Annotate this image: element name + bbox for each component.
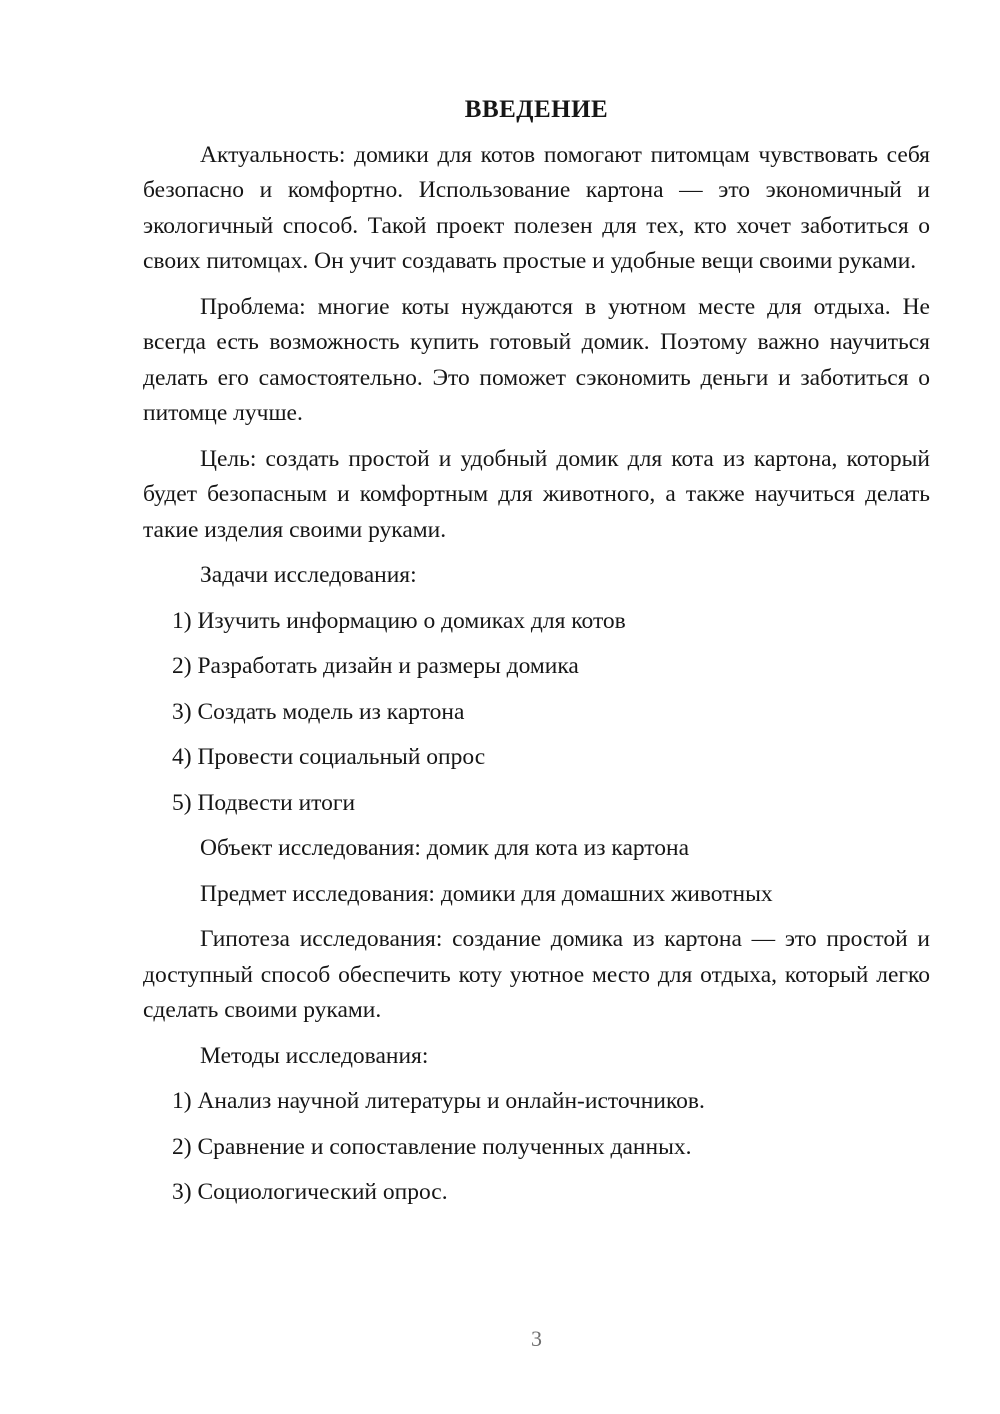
method-item-3: 3) Социологический опрос. (143, 1175, 930, 1211)
task-item-3: 3) Создать модель из картона (143, 695, 930, 731)
tasks-heading: Задачи исследования: (143, 558, 930, 594)
task-item-1: 1) Изучить информацию о домиках для кото… (143, 604, 930, 640)
page-title: ВВЕДЕНИЕ (143, 92, 930, 128)
paragraph-goal: Цель: создать простой и удобный домик дл… (143, 442, 930, 549)
method-item-2: 2) Сравнение и сопоставление полученных … (143, 1130, 930, 1166)
paragraph-problem: Проблема: многие коты нуждаются в уютном… (143, 290, 930, 432)
document-page: ВВЕДЕНИЕ Актуальность: домики для котов … (0, 0, 1000, 1414)
paragraph-object: Объект исследования: домик для кота из к… (143, 831, 930, 867)
task-item-5: 5) Подвести итоги (143, 786, 930, 822)
paragraph-subject: Предмет исследования: домики для домашни… (143, 877, 930, 913)
method-item-1: 1) Анализ научной литературы и онлайн-ис… (143, 1084, 930, 1120)
task-item-4: 4) Провести социальный опрос (143, 740, 930, 776)
page-number: 3 (143, 1324, 930, 1354)
paragraph-actuality: Актуальность: домики для котов помогают … (143, 138, 930, 280)
paragraph-hypothesis: Гипотеза исследования: создание домика и… (143, 922, 930, 1029)
task-item-2: 2) Разработать дизайн и размеры домика (143, 649, 930, 685)
methods-heading: Методы исследования: (143, 1039, 930, 1075)
